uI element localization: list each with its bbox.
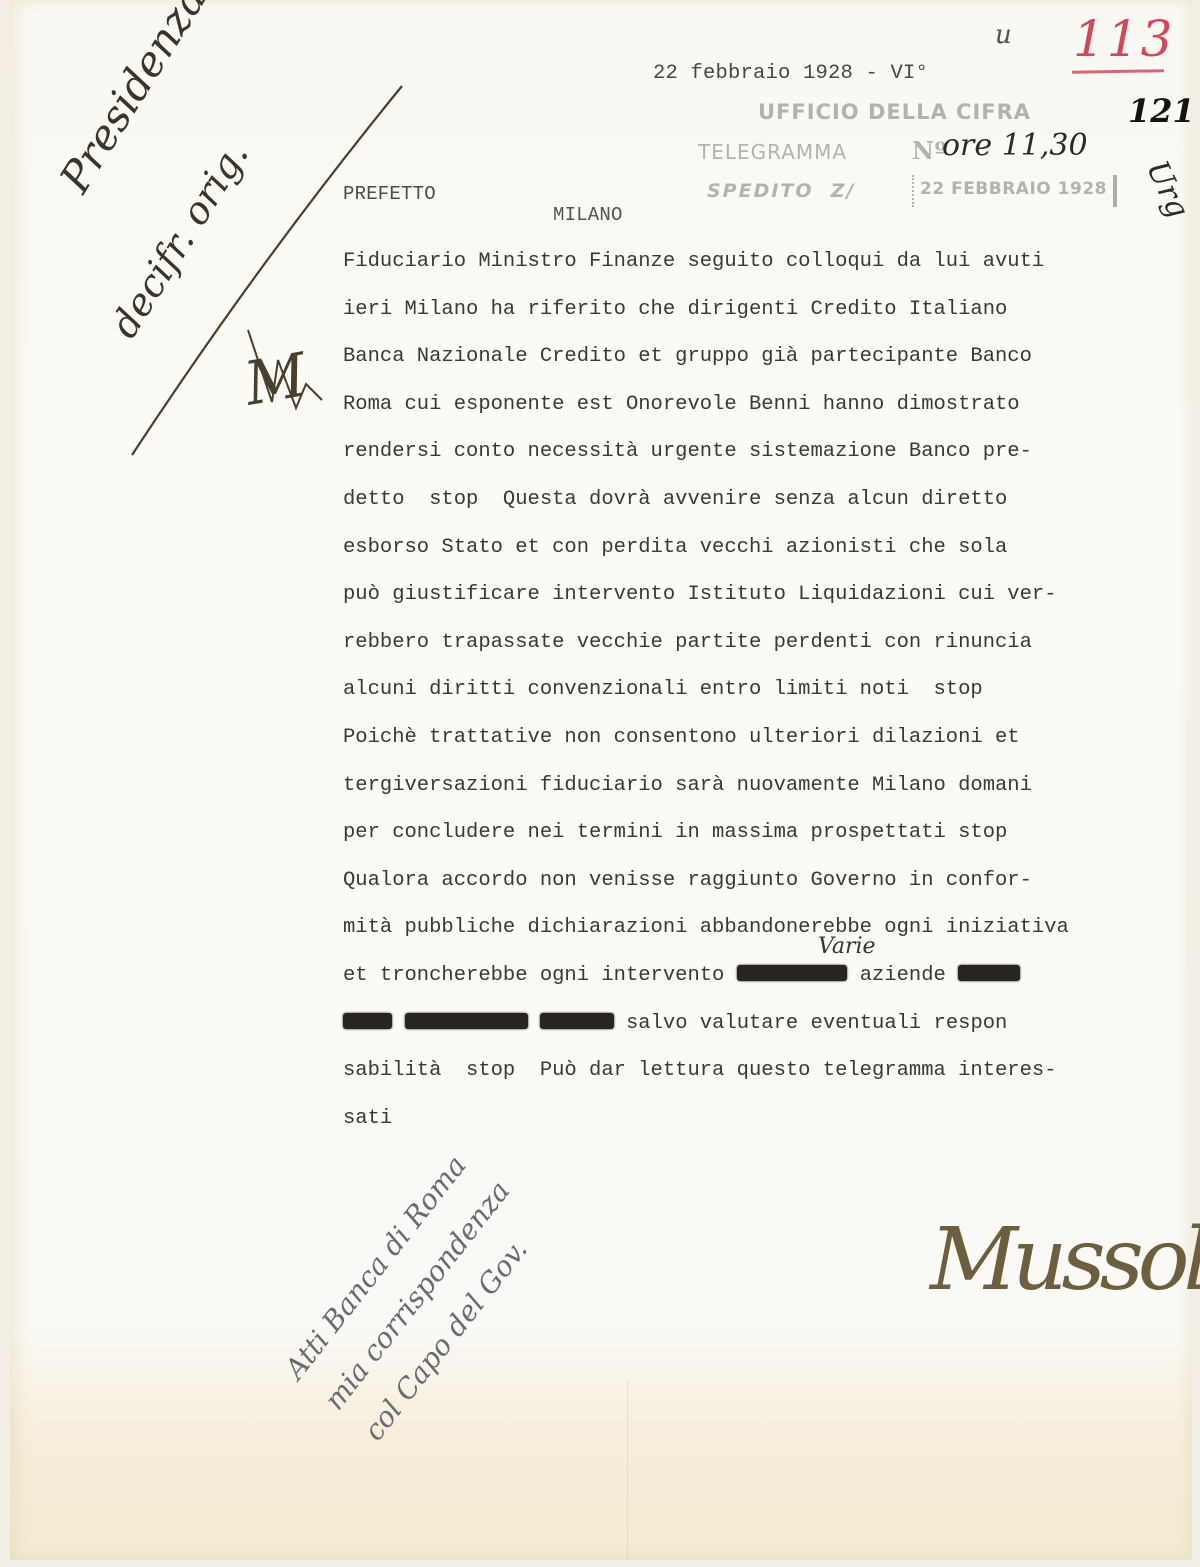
body-line: Qualora accordo non venisse raggiunto Go… — [343, 867, 1069, 915]
page-number: 121 — [1128, 92, 1195, 130]
document-page: 22 febbraio 1928 - VI° PREFETTO MILANO U… — [10, 0, 1192, 1560]
body-line: alcuni diritti convenzionali entro limit… — [343, 676, 1069, 724]
body-line-struck: et troncherebbe ogni intervento interess… — [343, 962, 1069, 1010]
struck-word: Roma — [343, 1013, 392, 1029]
body-line: tergiversazioni fiduciario sarà nuovamen… — [343, 772, 1069, 820]
top-mark: u — [995, 20, 1012, 50]
telegram-body: Fiduciario Ministro Finanze seguito coll… — [343, 248, 1069, 1152]
date-stamp: 22 FEBBRAIO 1928 — [912, 175, 1117, 207]
body-line: Fiduciario Ministro Finanze seguito coll… — [343, 248, 1069, 296]
sent-stamp: SPEDITO Z/ — [707, 180, 856, 202]
body-line: ieri Milano ha riferito che dirigenti Cr… — [343, 296, 1069, 344]
body-line: esborso Stato et con perdita vecchi azio… — [343, 534, 1069, 582]
body-line: rebbero trapassate vecchie partite perde… — [343, 629, 1069, 677]
body-line: sabilità stop Può dar lettura questo tel… — [343, 1057, 1069, 1105]
pencil-note: Atti Banca di Roma mia corrispondenza co… — [272, 1139, 563, 1452]
handwritten-time: ore 11,30 — [942, 128, 1088, 163]
body-line-struck: Roma nuovamente Milano salvo valutare ev… — [343, 1010, 1069, 1058]
struck-word: interesse — [737, 965, 848, 981]
telegram-stamp-label: TELEGRAMMA — [698, 140, 847, 164]
sent-mark: Z/ — [831, 180, 856, 202]
sent-label: SPEDITO — [707, 180, 814, 202]
body-line: Poichè trattative non consentono ulterio… — [343, 724, 1069, 772]
interlinear-insertion: Varie — [818, 934, 876, 959]
recipient-city: MILANO — [553, 204, 623, 226]
office-stamp: UFFICIO DELLA CIFRA — [758, 100, 1031, 124]
date-line: 22 febbraio 1928 - VI° — [653, 62, 928, 85]
body-line: Banca Nazionale Credito et gruppo già pa… — [343, 343, 1069, 391]
red-archive-number: 113 — [1073, 10, 1174, 68]
body-line: può giustificare intervento Istituto Liq… — [343, 581, 1069, 629]
struck-word: nuovamente — [405, 1013, 528, 1029]
body-line: Roma cui esponente est Onorevole Benni h… — [343, 391, 1069, 439]
struck-word: Milano — [540, 1013, 614, 1029]
red-underline — [1072, 69, 1164, 74]
body-line: mità pubbliche dichiarazioni abbandonere… — [343, 914, 1069, 962]
body-line: detto stop Questa dovrà avvenire senza a… — [343, 486, 1069, 534]
body-line: rendersi conto necessità urgente sistema… — [343, 438, 1069, 486]
struck-word: Banco — [958, 965, 1020, 981]
urgent-note: Urg — [1139, 155, 1196, 223]
signature: Mussolini — [930, 1210, 1200, 1310]
body-line: per concludere nei termini in massima pr… — [343, 819, 1069, 867]
